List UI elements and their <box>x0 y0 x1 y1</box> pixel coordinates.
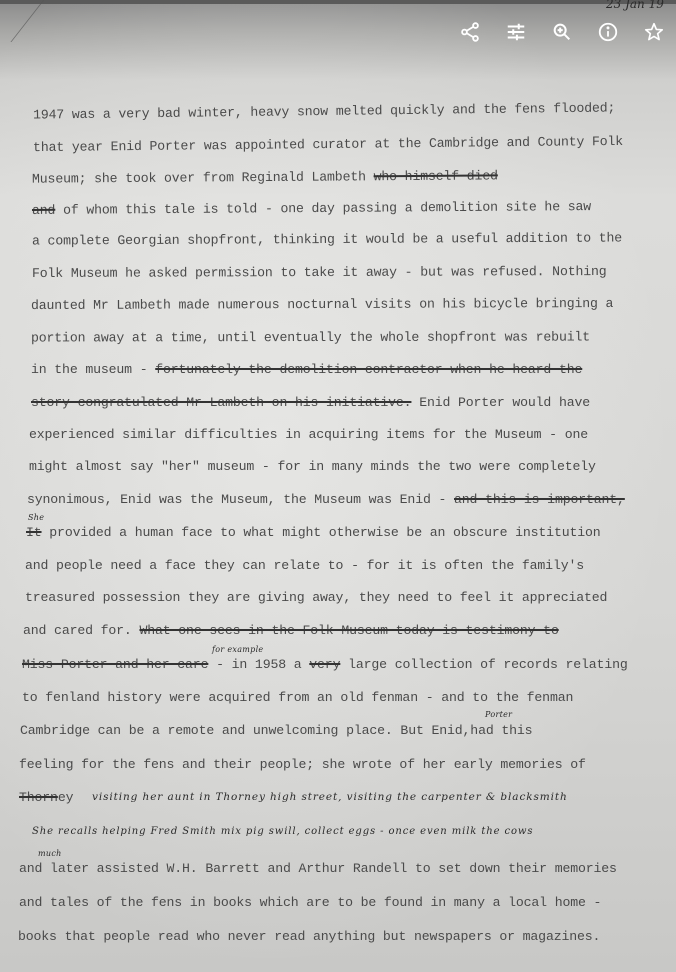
doc-line: and cared for. What one sees in the Folk… <box>23 623 559 638</box>
doc-line: and later assisted W.H. Barrett and Arth… <box>19 861 617 876</box>
struck-text: Thorn <box>19 790 58 805</box>
doc-line: Folk Museum he asked permission to take … <box>32 264 607 281</box>
doc-line: Miss Porter and her care - in 1958 a ver… <box>22 657 628 672</box>
doc-line: books that people read who never read an… <box>18 929 600 944</box>
share-icon <box>459 21 481 43</box>
struck-text: fortunately the demolition contractor wh… <box>155 362 582 377</box>
struck-text: Miss Porter and her care <box>22 657 208 672</box>
sliders-icon <box>505 21 527 43</box>
handwritten-insert-she: She <box>28 513 44 522</box>
doc-line: synonimous, Enid was the Museum, the Mus… <box>27 492 625 507</box>
info-button[interactable] <box>592 16 624 48</box>
struck-text: and this is important, <box>454 492 625 507</box>
edit-button[interactable] <box>500 16 532 48</box>
doc-line: treasured possession they are giving awa… <box>25 590 607 605</box>
zoom-button[interactable] <box>546 16 578 48</box>
doc-line: portion away at a time, until eventually… <box>31 330 590 346</box>
doc-line: and people need a face they can relate t… <box>25 558 584 573</box>
viewer-toolbar <box>454 16 676 48</box>
doc-line: a complete Georgian shopfront, thinking … <box>32 230 622 248</box>
star-outline-icon <box>643 21 665 43</box>
share-button[interactable] <box>454 16 486 48</box>
photo-canvas: 23 Jan 19 1947 was a very bad winter, he… <box>0 0 676 972</box>
doc-line: and of whom this tale is told - one day … <box>32 199 591 218</box>
doc-line: feeling for the fens and their people; s… <box>19 757 586 772</box>
doc-line: story congratulated Mr Lambeth on his in… <box>31 395 590 410</box>
handwritten-insert-for-example: for example <box>212 645 263 654</box>
favorite-button[interactable] <box>638 16 670 48</box>
zoom-in-icon <box>551 21 573 43</box>
handwritten-line: visiting her aunt in Thorney high street… <box>92 791 568 803</box>
doc-line: daunted Mr Lambeth made numerous nocturn… <box>31 296 613 313</box>
struck-text: What one sees in the Folk Museum today i… <box>139 623 558 638</box>
struck-text: who himself died <box>374 168 498 184</box>
struck-text: and <box>32 203 55 218</box>
handwritten-insert-porter: Porter <box>485 710 512 719</box>
info-icon <box>597 21 619 43</box>
doc-line: Thorney <box>19 790 73 805</box>
doc-line: that year Enid Porter was appointed cura… <box>33 134 623 155</box>
struck-text: very <box>309 657 340 672</box>
doc-line: and tales of the fens in books which are… <box>19 895 601 910</box>
doc-line: in the museum - fortunately the demoliti… <box>31 362 582 377</box>
doc-line: 1947 was a very bad winter, heavy snow m… <box>33 100 615 122</box>
typed-document: 1947 was a very bad winter, heavy snow m… <box>0 0 676 972</box>
doc-line: to fenland history were acquired from an… <box>22 690 573 705</box>
doc-line: might almost say "her" museum - for in m… <box>29 459 596 474</box>
struck-text: story congratulated Mr Lambeth on his in… <box>31 395 411 410</box>
handwritten-line: She recalls helping Fred Smith mix pig s… <box>32 826 533 837</box>
handwritten-line: much <box>38 849 62 858</box>
doc-line: Cambridge can be a remote and unwelcomin… <box>20 723 532 738</box>
doc-line: It provided a human face to what might o… <box>26 525 601 540</box>
doc-line: experienced similar difficulties in acqu… <box>29 427 588 442</box>
doc-line: Museum; she took over from Reginald Lamb… <box>32 168 498 186</box>
struck-text: It <box>26 525 42 540</box>
